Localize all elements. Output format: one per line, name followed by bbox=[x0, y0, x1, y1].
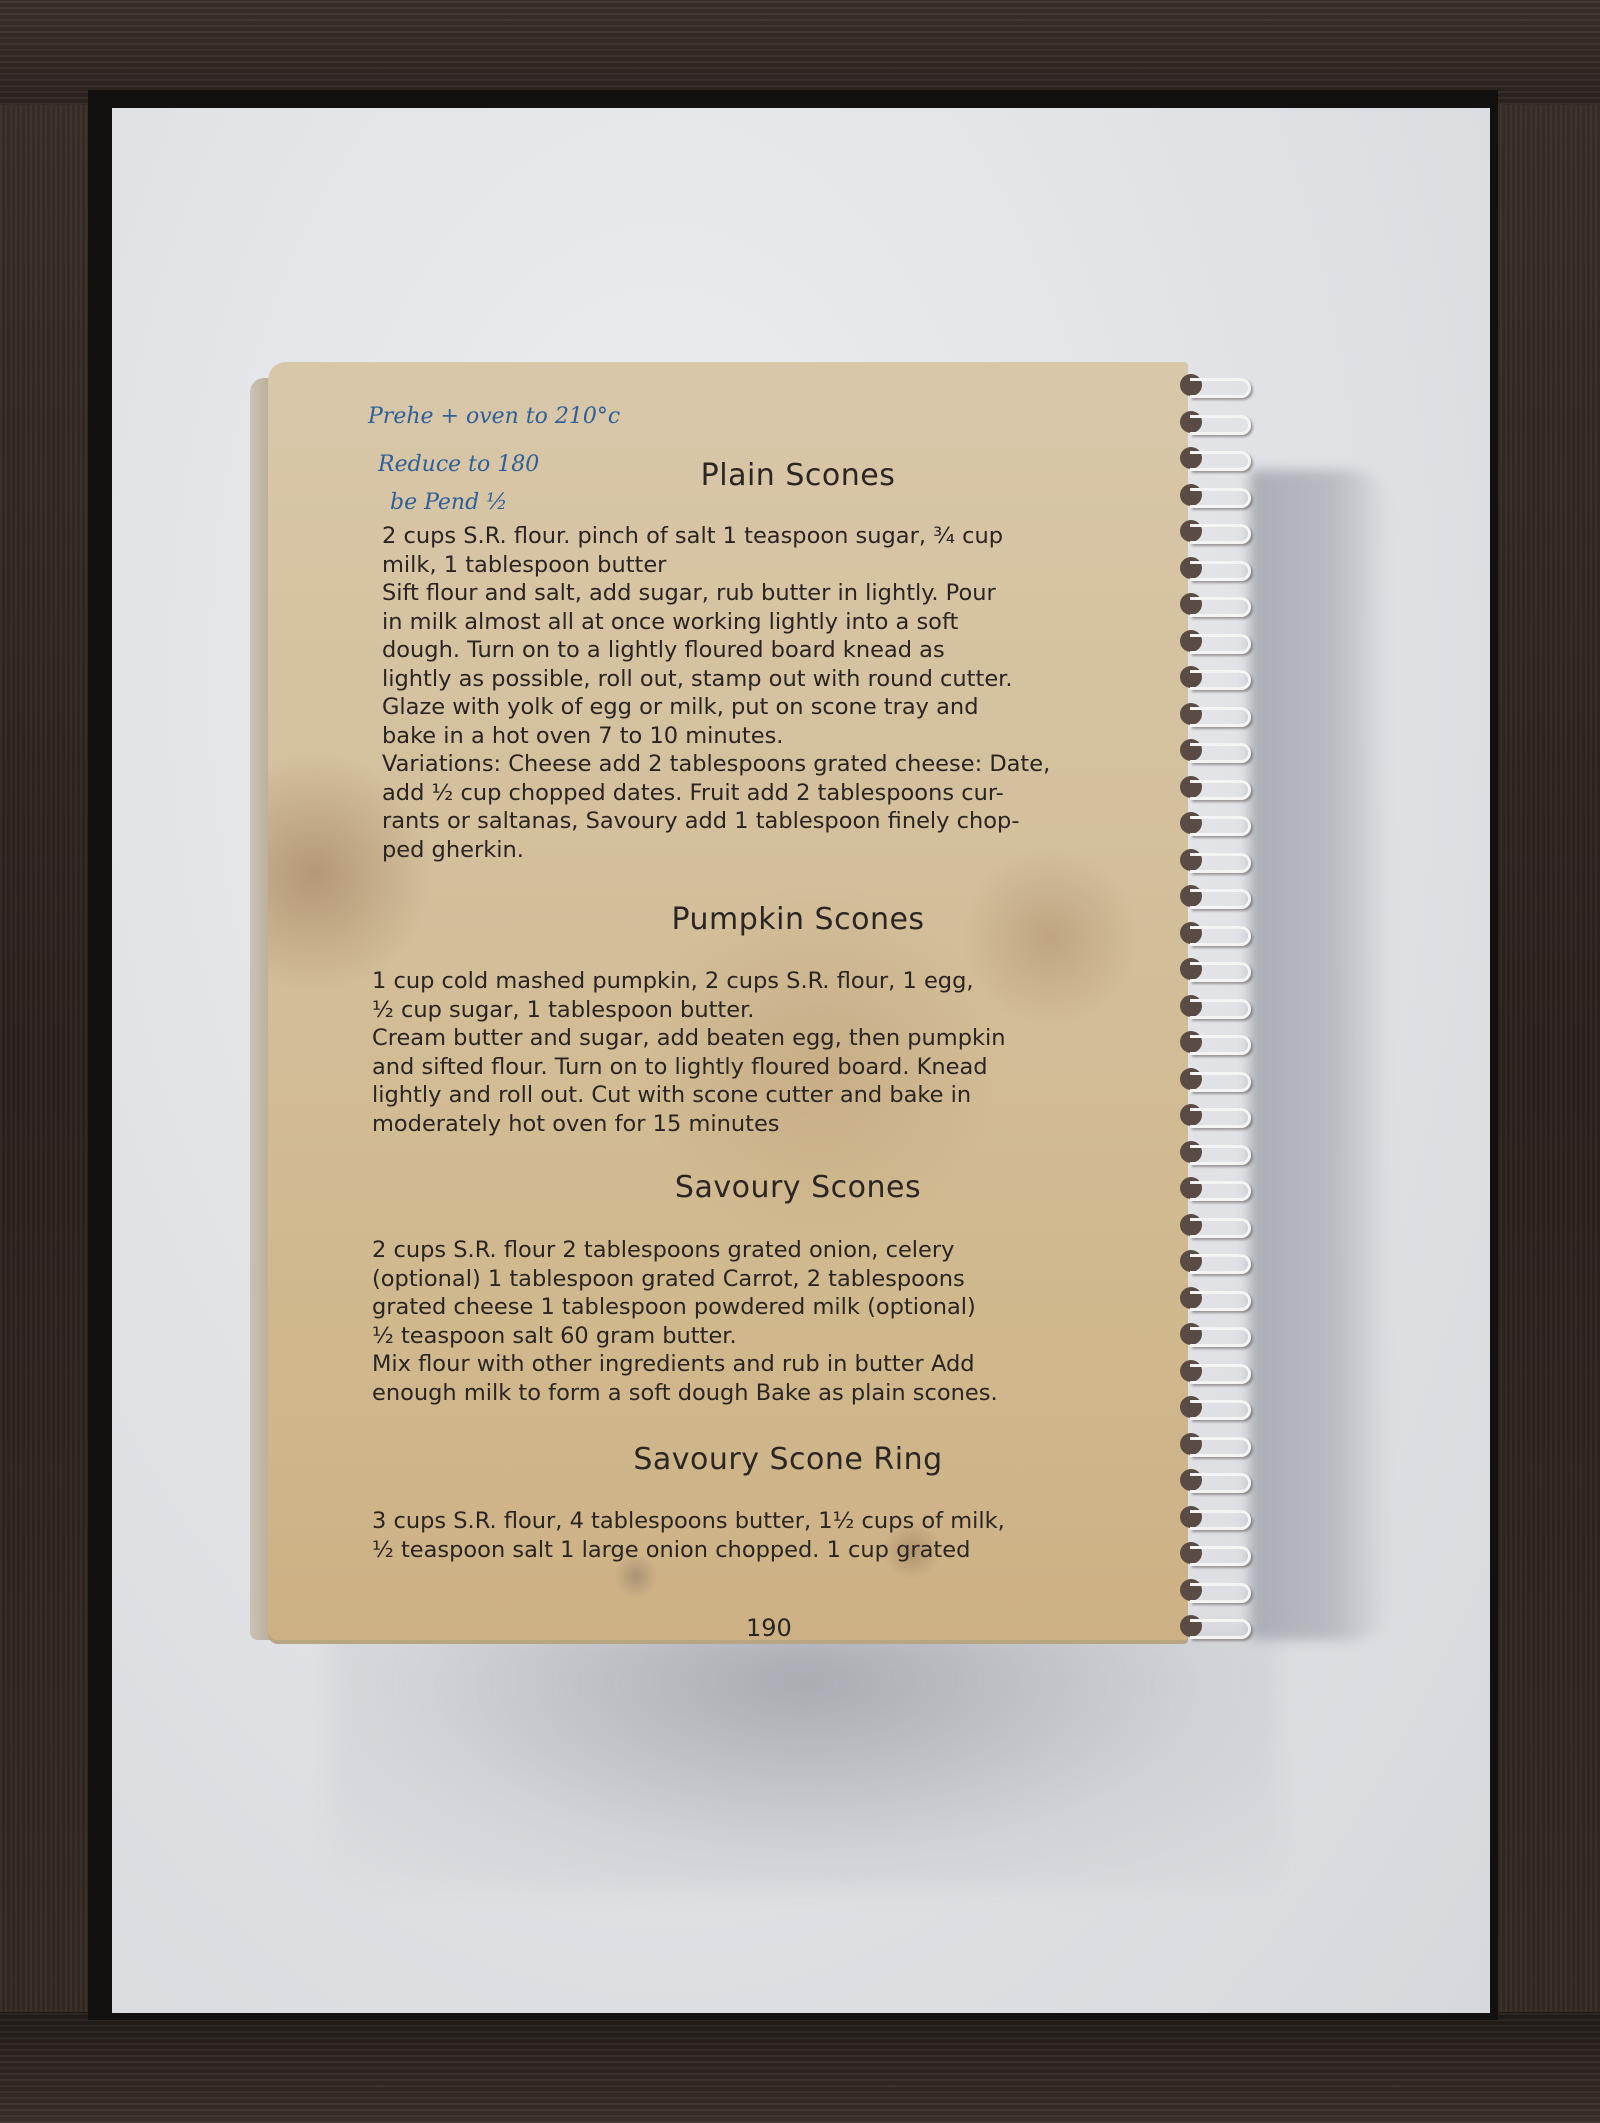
wire-loop bbox=[1190, 1437, 1251, 1457]
recipe-line: (optional) 1 tablespoon grated Carrot, 2… bbox=[372, 1265, 1162, 1294]
recipe-line: lightly and roll out. Cut with scone cut… bbox=[372, 1081, 1162, 1110]
recipe-line: milk, 1 tablespoon butter bbox=[382, 551, 1162, 580]
wire-loop bbox=[1190, 561, 1251, 581]
wire-loop bbox=[1190, 1400, 1251, 1420]
spiral-coil bbox=[1180, 956, 1250, 982]
spiral-coil bbox=[1180, 1248, 1250, 1274]
wire-loop bbox=[1190, 1035, 1251, 1055]
recipe-line: dough. Turn on to a lightly floured boar… bbox=[382, 636, 1162, 665]
notebook-shadow-right bbox=[1250, 470, 1390, 1640]
handwritten-note-preheat: Prehe + oven to 210°c bbox=[368, 404, 620, 429]
wire-loop bbox=[1190, 488, 1251, 508]
page-number: 190 bbox=[746, 1614, 792, 1642]
wire-loop bbox=[1190, 451, 1251, 471]
recipe-line: Sift flour and salt, add sugar, rub butt… bbox=[382, 579, 1162, 608]
notebook-shadow-bottom bbox=[330, 1630, 1280, 1890]
spiral-coil bbox=[1180, 1321, 1250, 1347]
wire-loop bbox=[1190, 415, 1251, 435]
spiral-coil bbox=[1180, 409, 1250, 435]
spiral-coil bbox=[1180, 883, 1250, 909]
recipe-line: lightly as possible, roll out, stamp out… bbox=[382, 665, 1162, 694]
wire-loop bbox=[1190, 707, 1251, 727]
wire-loop bbox=[1190, 962, 1251, 982]
spiral-coil bbox=[1180, 1066, 1250, 1092]
wire-loop bbox=[1190, 780, 1251, 800]
recipe-body-pumpkin-scones: 1 cup cold mashed pumpkin, 2 cups S.R. f… bbox=[372, 967, 1162, 1138]
spiral-coil bbox=[1180, 1029, 1250, 1055]
wire-loop bbox=[1190, 597, 1251, 617]
wire-loop bbox=[1190, 378, 1251, 398]
recipe-line: Cream butter and sugar, add beaten egg, … bbox=[372, 1024, 1162, 1053]
recipe-line: ½ teaspoon salt 1 large onion chopped. 1… bbox=[372, 1536, 1162, 1565]
recipe-line: rants or saltanas, Savoury add 1 tablesp… bbox=[382, 807, 1162, 836]
recipe-line: ½ teaspoon salt 60 gram butter. bbox=[372, 1322, 1162, 1351]
wire-loop bbox=[1190, 926, 1251, 946]
wire-loop bbox=[1190, 853, 1251, 873]
spiral-coil bbox=[1180, 920, 1250, 946]
spiral-coil bbox=[1180, 993, 1250, 1019]
recipe-line: 2 cups S.R. flour. pinch of salt 1 teasp… bbox=[382, 522, 1162, 551]
recipe-line: in milk almost all at once working light… bbox=[382, 608, 1162, 637]
spiral-coil bbox=[1180, 445, 1250, 471]
wire-loop bbox=[1190, 1072, 1251, 1092]
recipe-line: enough milk to form a soft dough Bake as… bbox=[372, 1379, 1162, 1408]
spiral-coil bbox=[1180, 701, 1250, 727]
spiral-coil bbox=[1180, 1358, 1250, 1384]
spiral-coil bbox=[1180, 1613, 1250, 1639]
recipe-title-pumpkin-scones: Pumpkin Scones bbox=[608, 902, 988, 937]
recipe-line: 3 cups S.R. flour, 4 tablespoons butter,… bbox=[372, 1507, 1162, 1536]
recipe-line: Variations: Cheese add 2 tablespoons gra… bbox=[382, 750, 1162, 779]
recipe-line: 2 cups S.R. flour 2 tablespoons grated o… bbox=[372, 1236, 1162, 1265]
wire-loop bbox=[1190, 1510, 1251, 1530]
wire-loop bbox=[1190, 1364, 1251, 1384]
spiral-coil bbox=[1180, 1102, 1250, 1128]
recipe-body-savoury-scones: 2 cups S.R. flour 2 tablespoons grated o… bbox=[372, 1236, 1162, 1407]
frame-bottom-rail bbox=[0, 2012, 1600, 2123]
spiral-coil bbox=[1180, 555, 1250, 581]
spiral-coil bbox=[1180, 372, 1250, 398]
wire-loop bbox=[1190, 889, 1251, 909]
spiral-coil bbox=[1180, 1504, 1250, 1530]
wire-loop bbox=[1190, 1254, 1251, 1274]
recipe-line: bake in a hot oven 7 to 10 minutes. bbox=[382, 722, 1162, 751]
spiral-coil bbox=[1180, 1431, 1250, 1457]
recipe-title-savoury-scones: Savoury Scones bbox=[608, 1170, 988, 1205]
wire-loop bbox=[1190, 634, 1251, 654]
recipe-line: grated cheese 1 tablespoon powdered milk… bbox=[372, 1293, 1162, 1322]
spiral-coil bbox=[1180, 591, 1250, 617]
spiral-coil bbox=[1180, 737, 1250, 763]
recipe-line: 1 cup cold mashed pumpkin, 2 cups S.R. f… bbox=[372, 967, 1162, 996]
spiral-coil bbox=[1180, 1212, 1250, 1238]
spiral-coil bbox=[1180, 1139, 1250, 1165]
wire-loop bbox=[1190, 1583, 1251, 1603]
spiral-coil bbox=[1180, 774, 1250, 800]
spiral-coil bbox=[1180, 1175, 1250, 1201]
wire-loop bbox=[1190, 1108, 1251, 1128]
wire-loop bbox=[1190, 816, 1251, 836]
spiral-coil bbox=[1180, 664, 1250, 690]
handwritten-note-reduce: Reduce to 180 bbox=[378, 452, 539, 477]
spiral-coil bbox=[1180, 1540, 1250, 1566]
wire-loop bbox=[1190, 524, 1251, 544]
recipe-body-savoury-scone-ring: 3 cups S.R. flour, 4 tablespoons butter,… bbox=[372, 1507, 1162, 1564]
recipe-line: add ½ cup chopped dates. Fruit add 2 tab… bbox=[382, 779, 1162, 808]
spiral-coil bbox=[1180, 628, 1250, 654]
recipe-title-plain-scones: Plain Scones bbox=[628, 458, 968, 493]
wire-loop bbox=[1190, 670, 1251, 690]
spiral-coil bbox=[1180, 810, 1250, 836]
wire-loop bbox=[1190, 1473, 1251, 1493]
wire-loop bbox=[1190, 999, 1251, 1019]
wire-loop bbox=[1190, 1291, 1251, 1311]
recipe-title-savoury-scone-ring: Savoury Scone Ring bbox=[568, 1442, 1008, 1477]
wire-loop bbox=[1190, 1327, 1251, 1347]
recipe-page: Prehe + oven to 210°c Reduce to 180 be P… bbox=[268, 362, 1188, 1640]
recipe-line: and sifted flour. Turn on to lightly flo… bbox=[372, 1053, 1162, 1082]
spiral-coil bbox=[1180, 1394, 1250, 1420]
spiral-binding bbox=[1180, 372, 1260, 1692]
recipe-line: ½ cup sugar, 1 tablespoon butter. bbox=[372, 996, 1162, 1025]
wire-loop bbox=[1190, 1181, 1251, 1201]
spiral-coil bbox=[1180, 847, 1250, 873]
wire-loop bbox=[1190, 1546, 1251, 1566]
recipe-line: Mix flour with other ingredients and rub… bbox=[372, 1350, 1162, 1379]
recipe-line: Glaze with yolk of egg or milk, put on s… bbox=[382, 693, 1162, 722]
spiral-coil bbox=[1180, 518, 1250, 544]
spiral-coil bbox=[1180, 482, 1250, 508]
wire-loop bbox=[1190, 1619, 1251, 1639]
wire-loop bbox=[1190, 1145, 1251, 1165]
recipe-line: moderately hot oven for 15 minutes bbox=[372, 1110, 1162, 1139]
spiral-coil bbox=[1180, 1285, 1250, 1311]
spiral-coil bbox=[1180, 1467, 1250, 1493]
recipe-body-plain-scones: 2 cups S.R. flour. pinch of salt 1 teasp… bbox=[382, 522, 1162, 864]
wire-loop bbox=[1190, 743, 1251, 763]
spiral-coil bbox=[1180, 1577, 1250, 1603]
wire-loop bbox=[1190, 1218, 1251, 1238]
handwritten-note-bake: be Pend ½ bbox=[390, 490, 508, 515]
recipe-line: ped gherkin. bbox=[382, 836, 1162, 865]
